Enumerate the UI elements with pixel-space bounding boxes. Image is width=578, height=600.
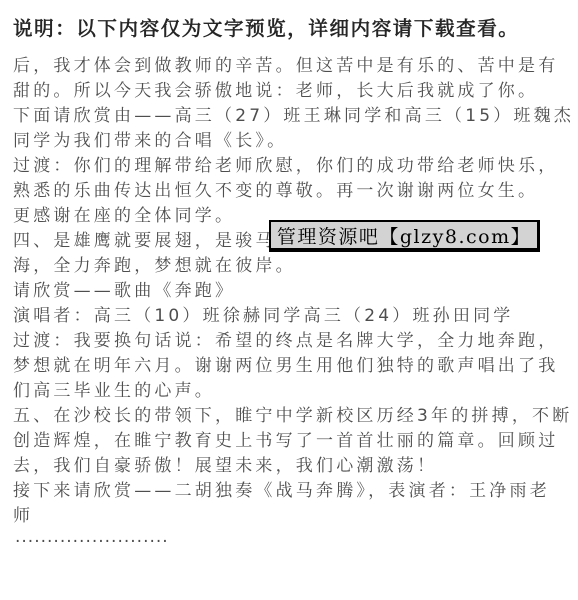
preview-text: 后，我才体会到做教师的辛苦。但这苦中是有乐的、苦中是有 甜的。所以今天我会骄傲地… [13, 54, 578, 529]
preview-notice: 说明：以下内容仅为文字预览，详细内容请下载查看。 [13, 15, 519, 42]
preview-ellipsis: ........................ [15, 530, 169, 545]
watermark-text: 管理资源吧【glzy8.com】 [277, 222, 531, 249]
document-preview-page: 说明：以下内容仅为文字预览，详细内容请下载查看。 后，我才体会到做教师的辛苦。但… [0, 0, 578, 600]
watermark-badge: 管理资源吧【glzy8.com】 [269, 220, 540, 252]
